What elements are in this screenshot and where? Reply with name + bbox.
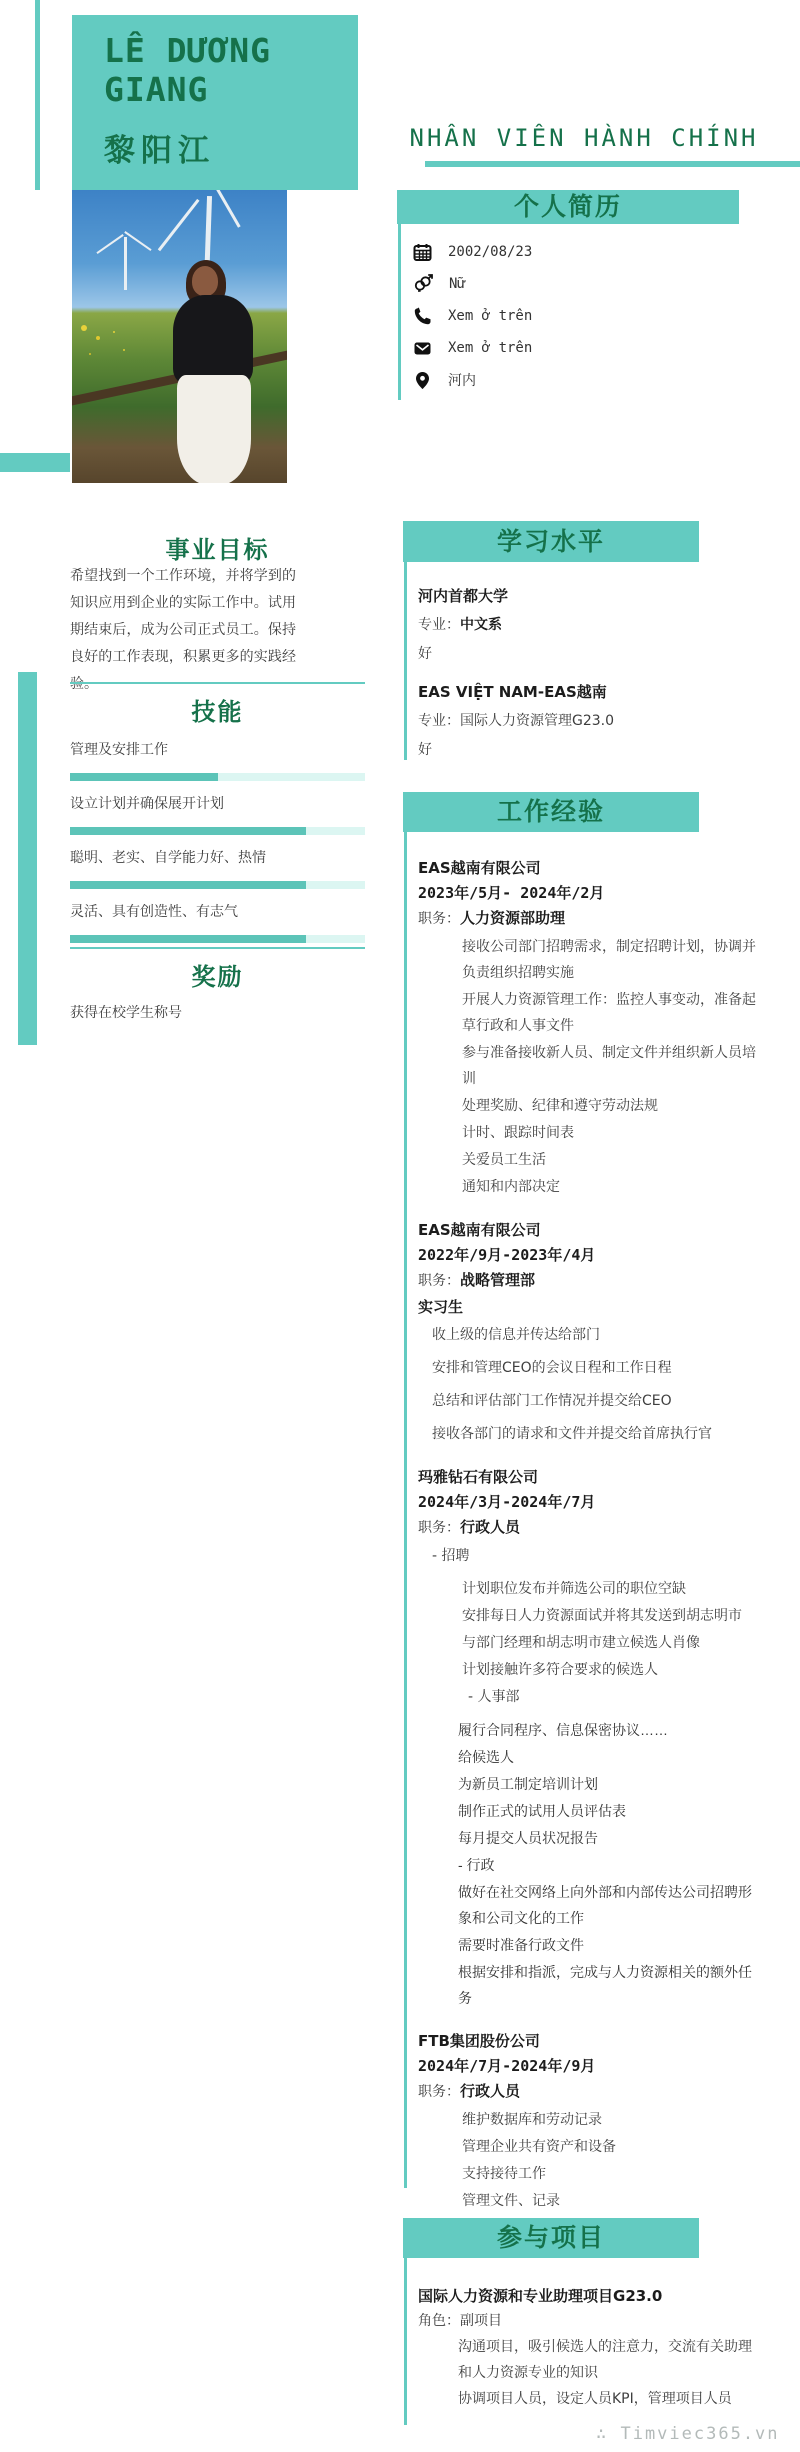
job-title: NHÂN VIÊN HÀNH CHÍNH [400, 124, 768, 152]
job-role: 职务：战略管理部 [418, 1268, 756, 1294]
phone-icon [413, 307, 432, 326]
job-bullet: 计时、跟踪时间表 [462, 1120, 760, 1146]
job-bullet: 关爱员工生活 [462, 1147, 760, 1173]
education-grade: 好 [418, 738, 744, 762]
info-row-gender: Nữ [413, 268, 738, 300]
job-period: 2023年/5月- 2024年/2月 [418, 881, 756, 906]
skill-bar-fill [70, 773, 218, 781]
job-bullet: 收上级的信息并传达给部门 [432, 1322, 730, 1348]
job-bullet: 根据安排和指派，完成与人力资源相关的额外任务 [458, 1959, 756, 2011]
personal-info-box: 2002/08/23 Nữ Xem ở trên Xem ở trên 河内 [398, 224, 738, 400]
skill-item: 管理及安排工作 [70, 740, 365, 781]
section-title-education: 学习水平 [403, 521, 699, 562]
job-intern-label: 实习生 [418, 1294, 756, 1320]
job-role: 职务：人力资源部助理 [418, 906, 756, 932]
education-school: 河内首都大学 [418, 584, 744, 608]
job-bullet: - 行政 [458, 1852, 756, 1878]
job-bullets: - 招聘 计划职位发布并筛选公司的职位空缺 安排每日人力资源面试并将其发送到胡志… [418, 1543, 756, 2011]
job-period: 2022年/9月-2023年/4月 [418, 1243, 756, 1268]
job-bullet: 开展人力资源管理工作：监控人事变动，准备起草行政和人事文件 [462, 987, 760, 1039]
skill-item: 聪明、老实、自学能力好、热情 [70, 848, 365, 889]
major-label: 专业： [418, 617, 460, 633]
teal-decoration-rect [0, 453, 70, 472]
section-title-objective: 事业目标 [70, 530, 365, 565]
job-bullet: 给候选人 [458, 1744, 756, 1770]
photo-person-top [173, 295, 253, 385]
photo-flowers [81, 325, 87, 331]
skill-label: 设立计划并确保展开计划 [70, 794, 365, 814]
job-bullet: 安排和管理CEO的会议日程和工作日程 [432, 1355, 730, 1381]
name-block: LÊ DƯƠNG GIANG 黎阳江 [72, 15, 358, 190]
job-entry: EAS越南有限公司 2023年/5月- 2024年/2月 职务：人力资源部助理 … [418, 856, 756, 1200]
skill-item: 灵活、具有创造性、有志气 [70, 902, 365, 943]
job-company: FTB集团股份公司 [418, 2029, 756, 2054]
job-bullet: 管理企业共有资产和设备 [462, 2134, 760, 2160]
project-name: 国际人力资源和专业助理项目G23.0 [418, 2284, 756, 2309]
section-title-personal: 个人简历 [397, 190, 739, 224]
location-icon [413, 371, 432, 390]
education-major: 专业：中文系 [418, 613, 744, 637]
spacer [418, 666, 744, 680]
job-bullet: - 人事部 [468, 1684, 766, 1710]
role-label: 职务： [418, 1273, 460, 1289]
job-bullet: - 招聘 [432, 1543, 730, 1569]
job-bullets: 接收公司部门招聘需求，制定招聘计划，协调并负责组织招聘实施 开展人力资源管理工作… [418, 934, 756, 1200]
calendar-icon [413, 243, 432, 262]
education-grade: 好 [418, 642, 744, 666]
windmill-blade [158, 199, 200, 252]
job-bullet: 支持接待工作 [462, 2161, 760, 2187]
location-value: 河内 [448, 370, 476, 390]
major-value: 中文系 [460, 617, 502, 633]
section-title-skills: 技能 [70, 692, 365, 727]
windmill-blade [208, 190, 240, 228]
job-bullet: 管理文件、记录 [462, 2188, 760, 2214]
skill-bar-fill [70, 881, 306, 889]
section-divider [70, 947, 365, 949]
role-value: 副项目 [460, 2313, 502, 2329]
job-bullet: 参与准备接收新人员、制定文件并组织新人员培训 [462, 1040, 760, 1092]
job-period: 2024年/7月-2024年/9月 [418, 2054, 756, 2079]
job-bullet: 履行合同程序、信息保密协议…… [458, 1717, 756, 1743]
major-label: 专业： [418, 713, 460, 729]
job-company: EAS越南有限公司 [418, 1218, 756, 1243]
role-label: 职务： [418, 1520, 460, 1536]
awards-text: 获得在校学生称号 [70, 1002, 365, 1022]
skill-bar-track [70, 881, 365, 889]
role-label: 职务： [418, 2084, 460, 2100]
name-chinese: 黎阳江 [104, 125, 358, 170]
projects-box: 国际人力资源和专业助理项目G23.0 角色：副项目 沟通项目，吸引候选人的注意力… [404, 2258, 756, 2425]
job-bullet: 总结和评估部门工作情况并提交给CEO [432, 1388, 730, 1414]
teal-decoration-bar [18, 672, 37, 1045]
education-box: 河内首都大学 专业：中文系 好 EAS VIỆT NAM-EAS越南 专业：国际… [404, 562, 744, 760]
skill-label: 灵活、具有创造性、有志气 [70, 902, 365, 922]
project-role: 角色：副项目 [418, 2309, 756, 2334]
left-accent-line [35, 0, 40, 190]
job-company: EAS越南有限公司 [418, 856, 756, 881]
watermark: ∴ Timviec365.vn [596, 2424, 780, 2444]
windmill-blade [124, 231, 152, 251]
gender-icon [413, 274, 433, 294]
skill-bar-fill [70, 935, 306, 943]
section-divider [70, 682, 365, 684]
role-value: 行政人员 [460, 2082, 520, 2100]
info-row-location: 河内 [413, 364, 738, 396]
job-title-underline [425, 161, 800, 167]
skill-label: 管理及安排工作 [70, 740, 365, 760]
skill-bar-track [70, 827, 365, 835]
photo-person-head [192, 266, 218, 296]
info-row-phone: Xem ở trên [413, 300, 738, 332]
job-bullet: 需要时准备行政文件 [458, 1932, 756, 1958]
job-entry: 玛雅钻石有限公司 2024年/3月-2024年/7月 职务：行政人员 - 招聘 … [418, 1465, 756, 2011]
job-role: 职务：行政人员 [418, 1515, 756, 1541]
role-value: 行政人员 [460, 1518, 520, 1536]
skill-bar-track [70, 935, 365, 943]
skill-item: 设立计划并确保展开计划 [70, 794, 365, 835]
birthday-value: 2002/08/23 [448, 244, 532, 260]
info-row-email: Xem ở trên [413, 332, 738, 364]
job-bullet: 计划接触许多符合要求的候选人 [462, 1657, 760, 1683]
section-title-awards: 奖励 [70, 957, 365, 992]
gender-value: Nữ [449, 276, 466, 292]
windmill-blade [96, 234, 124, 254]
skill-bar-track [70, 773, 365, 781]
job-bullet: 做好在社交网络上向外部和内部传达公司招聘形象和公司文化的工作 [458, 1879, 756, 1931]
email-icon [413, 339, 432, 358]
objective-text: 希望找到一个工作环境，并将学到的知识应用到企业的实际工作中。试用期结束后，成为公… [70, 563, 296, 698]
project-bullet: 沟通项目，吸引候选人的注意力，交流有关助理和人力资源专业的知识 [458, 2334, 764, 2386]
job-bullet: 为新员工制定培训计划 [458, 1771, 756, 1797]
skill-bar-fill [70, 827, 306, 835]
job-entry: EAS越南有限公司 2022年/9月-2023年/4月 职务：战略管理部 实习生… [418, 1218, 756, 1447]
job-bullet: 处理奖励、纪律和遵守劳动法规 [462, 1093, 760, 1119]
project-bullet: 协调项目人员，设定人员KPI，管理项目人员 [458, 2386, 764, 2412]
job-bullet: 制作正式的试用人员评估表 [458, 1798, 756, 1824]
info-row-birthday: 2002/08/23 [413, 236, 738, 268]
role-label: 角色： [418, 2313, 460, 2329]
job-bullet: 接收公司部门招聘需求，制定招聘计划，协调并负责组织招聘实施 [462, 934, 760, 986]
role-value: 人力资源部助理 [460, 909, 565, 927]
job-bullet: 每月提交人员状况报告 [458, 1825, 756, 1851]
phone-value: Xem ở trên [448, 308, 532, 324]
job-bullet: 维护数据库和劳动记录 [462, 2107, 760, 2133]
job-role: 职务：行政人员 [418, 2079, 756, 2105]
name-latin: LÊ DƯƠNG GIANG [104, 31, 358, 109]
section-title-projects: 参与项目 [403, 2218, 699, 2258]
education-school: EAS VIỆT NAM-EAS越南 [418, 680, 744, 704]
email-value: Xem ở trên [448, 340, 532, 356]
job-bullet: 接收各部门的请求和文件并提交给首席执行官 [432, 1421, 730, 1447]
education-major: 专业：国际人力资源管理G23.0 [418, 709, 744, 733]
skill-label: 聪明、老实、自学能力好、热情 [70, 848, 365, 868]
job-bullet: 通知和内部决定 [462, 1174, 760, 1200]
section-title-experience: 工作经验 [403, 792, 699, 832]
awards-section: 奖励 获得在校学生称号 [70, 947, 365, 1022]
job-company: 玛雅钻石有限公司 [418, 1465, 756, 1490]
profile-photo [72, 190, 287, 483]
job-bullet: 安排每日人力资源面试并将其发送到胡志明市 [462, 1603, 760, 1629]
job-entry: FTB集团股份公司 2024年/7月-2024年/9月 职务：行政人员 维护数据… [418, 2029, 756, 2241]
job-bullets: 收上级的信息并传达给部门 安排和管理CEO的会议日程和工作日程 总结和评估部门工… [418, 1322, 756, 1447]
job-bullet: 与部门经理和胡志明市建立候选人肖像 [462, 1630, 760, 1656]
skills-section: 技能 管理及安排工作 设立计划并确保展开计划 聪明、老实、自学能力好、热情 灵活… [70, 682, 365, 943]
windmill-pole [124, 237, 127, 290]
photo-person-skirt [177, 375, 251, 483]
job-period: 2024年/3月-2024年/7月 [418, 1490, 756, 1515]
role-label: 职务： [418, 911, 460, 927]
role-value: 战略管理部 [460, 1271, 535, 1289]
experience-box: EAS越南有限公司 2023年/5月- 2024年/2月 职务：人力资源部助理 … [404, 832, 756, 2188]
major-value: 国际人力资源管理G23.0 [460, 713, 614, 729]
job-bullet: 计划职位发布并筛选公司的职位空缺 [462, 1576, 760, 1602]
